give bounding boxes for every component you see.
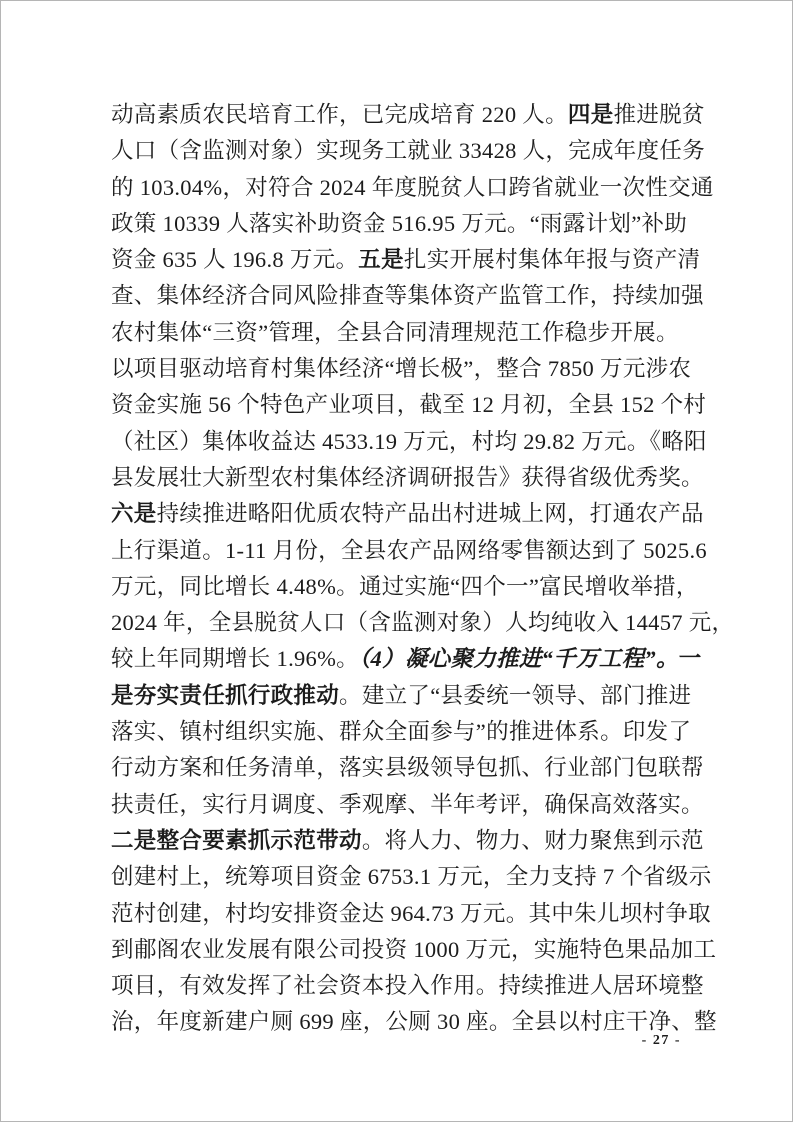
text-segment: 行动方案和任务清单，落实县级领导包抓、行业部门包联帮 [111, 755, 704, 780]
text-line: 上行渠道。1-11 月份，全县农产品网络零售额达到了 5025.6 [111, 533, 677, 569]
text-line: 动高素质农民培育工作，已完成培育 220 人。四是推进脱贫 [111, 97, 677, 133]
text-segment: 查、集体经济合同风险排查等集体资产监管工作，持续加强 [111, 283, 704, 308]
text-segment: 2024 年，全县脱贫人口（含监测对象）人均纯收入 14457 元， [111, 610, 734, 635]
text-segment: 。建立了“县委统一领导、部门推进 [339, 683, 691, 708]
text-line: 扶责任，实行月调度、季观摩、半年考评，确保高效落实。 [111, 787, 677, 823]
text-segment: 创建村上，统筹项目资金 6753.1 万元，全力支持 7 个省级示 [111, 864, 712, 889]
text-segment: 的 103.04%，对符合 2024 年度脱贫人口跨省就业一次性交通 [111, 175, 714, 200]
text-segment: 资金实施 56 个特色产业项目，截至 12 月初，全县 152 个村 [111, 392, 706, 417]
page-number: - 27 - [642, 1033, 681, 1049]
text-segment: 农村集体“三资”管理，全县合同清理规范工作稳步开展。 [111, 320, 679, 345]
text-segment: 范村创建，村均安排资金达 964.73 万元。其中朱儿坝村争取 [111, 901, 711, 926]
text-segment: 是夯实责任抓行政推动 [111, 683, 339, 708]
text-segment: 扶责任，实行月调度、季观摩、半年考评，确保高效落实。 [111, 792, 704, 817]
text-segment: 动高素质农民培育工作，已完成培育 220 人。 [111, 102, 568, 127]
text-line: 人口（含监测对象）实现务工就业 33428 人，完成年度任务 [111, 133, 677, 169]
text-segment: 扎实开展村集体年报与资产清 [404, 247, 700, 272]
text-segment: 持续推进略阳优质农特产品出村进城上网，打通农产品 [157, 501, 704, 526]
text-line: 是夯实责任抓行政推动。建立了“县委统一领导、部门推进 [111, 678, 677, 714]
text-line: 治，年度新建户厕 699 座，公厕 30 座。全县以村庄干净、整 [111, 1004, 677, 1040]
text-segment: 较上年同期增长 1.96%。 [111, 646, 359, 671]
body-text: 动高素质农民培育工作，已完成培育 220 人。四是推进脱贫人口（含监测对象）实现… [111, 97, 677, 1041]
text-segment: 二是整合要素抓示范带动 [111, 828, 362, 853]
text-line: 以项目驱动培育村集体经济“增长极”，整合 7850 万元涉农 [111, 351, 677, 387]
text-line: 二是整合要素抓示范带动。将人力、物力、财力聚焦到示范 [111, 823, 677, 859]
text-segment: 五是 [358, 247, 404, 272]
text-line: 政策 10339 人落实补助资金 516.95 万元。“雨露计划”补助 [111, 206, 677, 242]
text-segment: 推进脱贫 [614, 102, 705, 127]
text-line: 万元，同比增长 4.48%。通过实施“四个一”富民增收举措， [111, 569, 677, 605]
text-segment: 政策 10339 人落实补助资金 516.95 万元。“雨露计划”补助 [111, 211, 687, 236]
text-line: 落实、镇村组织实施、群众全面参与”的推进体系。印发了 [111, 714, 677, 750]
text-line: 到郙阁农业发展有限公司投资 1000 万元，实施特色果品加工 [111, 932, 677, 968]
text-line: 的 103.04%，对符合 2024 年度脱贫人口跨省就业一次性交通 [111, 170, 677, 206]
text-segment: 六是 [111, 501, 157, 526]
text-line: 项目，有效发挥了社会资本投入作用。持续推进人居环境整 [111, 968, 677, 1004]
text-line: 行动方案和任务清单，落实县级领导包抓、行业部门包联帮 [111, 750, 677, 786]
text-segment: 县发展壮大新型农村集体经济调研报告》获得省级优秀奖。 [111, 465, 704, 490]
text-line: 创建村上，统筹项目资金 6753.1 万元，全力支持 7 个省级示 [111, 859, 677, 895]
text-line: 查、集体经济合同风险排查等集体资产监管工作，持续加强 [111, 278, 677, 314]
text-segment: 上行渠道。1-11 月份，全县农产品网络零售额达到了 5025.6 [111, 538, 707, 563]
text-segment: 治，年度新建户厕 699 座，公厕 30 座。全县以村庄干净、整 [111, 1009, 717, 1034]
text-segment: 到郙阁农业发展有限公司投资 1000 万元，实施特色果品加工 [111, 937, 716, 962]
text-segment: （社区）集体收益达 4533.19 万元，村均 29.82 万元。《略阳 [111, 429, 707, 454]
text-line: （社区）集体收益达 4533.19 万元，村均 29.82 万元。《略阳 [111, 424, 677, 460]
text-segment: 落实、镇村组织实施、群众全面参与”的推进体系。印发了 [111, 719, 691, 744]
text-line: 较上年同期增长 1.96%。（4）凝心聚力推进“千万工程”。一 [111, 641, 677, 677]
text-segment: 资金 635 人 196.8 万元。 [111, 247, 358, 272]
text-segment: 四是 [568, 102, 614, 127]
document-page: 动高素质农民培育工作，已完成培育 220 人。四是推进脱贫人口（含监测对象）实现… [0, 0, 793, 1122]
text-line: 2024 年，全县脱贫人口（含监测对象）人均纯收入 14457 元， [111, 605, 677, 641]
text-line: 资金 635 人 196.8 万元。五是扎实开展村集体年报与资产清 [111, 242, 677, 278]
text-line: 范村创建，村均安排资金达 964.73 万元。其中朱儿坝村争取 [111, 896, 677, 932]
text-line: 资金实施 56 个特色产业项目，截至 12 月初，全县 152 个村 [111, 387, 677, 423]
text-line: 县发展壮大新型农村集体经济调研报告》获得省级优秀奖。 [111, 460, 677, 496]
text-line: 六是持续推进略阳优质农特产品出村进城上网，打通农产品 [111, 496, 677, 532]
text-line: 农村集体“三资”管理，全县合同清理规范工作稳步开展。 [111, 315, 677, 351]
text-segment: 万元，同比增长 4.48%。通过实施“四个一”富民增收举措， [111, 574, 699, 599]
text-segment: 。将人力、物力、财力聚焦到示范 [362, 828, 704, 853]
text-segment: 人口（含监测对象）实现务工就业 33428 人，完成年度任务 [111, 138, 705, 163]
text-segment: 项目，有效发挥了社会资本投入作用。持续推进人居环境整 [111, 973, 704, 998]
text-segment: （4）凝心聚力推进“千万工程”。 [359, 646, 679, 671]
text-segment: 一 [679, 646, 702, 671]
text-segment: 以项目驱动培育村集体经济“增长极”，整合 7850 万元涉农 [111, 356, 691, 381]
